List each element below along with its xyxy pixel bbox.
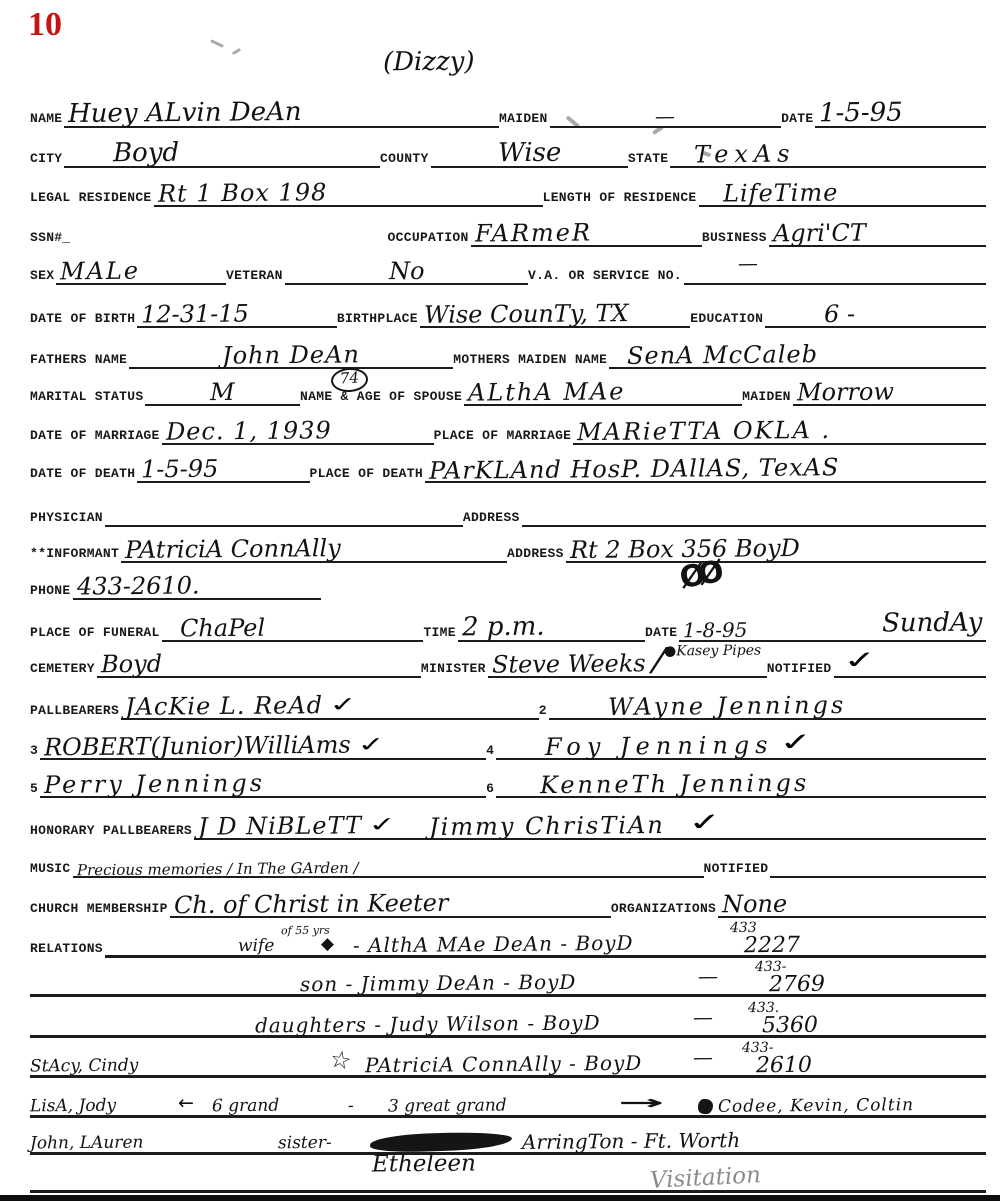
pallbearer-2-number: 2: [539, 703, 549, 720]
phone-field: 433-2610.: [73, 564, 321, 600]
date-of-marriage-label: DATE OF MARRIAGE: [30, 428, 162, 445]
relation-patricia-dash: —: [693, 1048, 713, 1067]
legal-residence-label: LEGAL RESIDENCE: [30, 190, 154, 207]
ink-blot-diamond: ◆: [321, 934, 334, 954]
place-of-death-value: PArKLAnd HosP. DAllAS, TexAS: [429, 456, 840, 482]
spouse-maiden-value: Morrow: [797, 381, 894, 405]
minister-label: MINISTER: [421, 661, 488, 678]
ink-blot: [698, 1099, 714, 1115]
music-label: MUSIC: [30, 861, 73, 878]
relation-greatgrand-count: 3 great grand: [388, 1097, 507, 1114]
music-field: Precious memories / In The GArden /: [73, 842, 704, 878]
service-no-value: —: [738, 254, 758, 273]
sex-field: MALe: [56, 249, 226, 285]
pallbearer-1-value: JAcKie L. ReAd: [125, 694, 323, 719]
cemetery-row: CEMETERY Boyd MINISTER Steve Weeks / NOT…: [30, 644, 986, 678]
date-value: 1-5-95: [819, 101, 903, 126]
pallbearers-row-1: PALLBEARERS JAcKie L. ReAd ✓ 2 WAyne Jen…: [30, 686, 986, 720]
star-mark: ☆: [328, 1044, 354, 1075]
legal-residence-row: LEGAL RESIDENCE Rt 1 Box 198 LENGTH OF R…: [30, 173, 986, 207]
church-membership-value: Ch. of Christ in Keeter: [174, 892, 449, 917]
relation-patricia-phone: 433- 2610: [742, 1056, 812, 1077]
relation-grand-sep: -: [348, 1098, 354, 1114]
cemetery-value: Boyd: [101, 653, 162, 676]
length-of-residence-field: LifeTime: [699, 171, 986, 207]
ink-smudge: [210, 39, 224, 48]
marital-status-label: MARITAL STATUS: [30, 389, 145, 406]
pallbearer-6-number: 6: [486, 781, 496, 798]
pallbearer-6-value: KenneTh Jennings: [540, 772, 809, 797]
organizations-label: ORGANIZATIONS: [611, 901, 718, 918]
physician-field: [105, 491, 463, 527]
honorary-2-check: ✓: [686, 807, 724, 837]
music-row: MUSIC Precious memories / In The GArden …: [30, 844, 986, 878]
pallbearer-3-value: ROBERT(Junior)WilliAms: [44, 734, 351, 759]
ink-smudge: [232, 48, 241, 55]
funeral-time-field: 2 p.m.: [458, 606, 645, 642]
cemetery-label: CEMETERY: [30, 661, 97, 678]
relation-daughter-text: daughters - Judy Wilson - BoyD: [255, 1013, 601, 1035]
spouse-maiden-field: Morrow: [793, 370, 986, 406]
informant-value: PAtriciA ConnAlly: [125, 537, 341, 562]
state-value: TexAs: [694, 143, 796, 167]
marital-status-value: M: [210, 381, 235, 404]
veteran-field: No: [285, 249, 528, 285]
legal-residence-field: Rt 1 Box 198: [154, 171, 543, 207]
date-of-birth-value: 12-31-15: [141, 303, 249, 327]
service-no-field: —: [684, 249, 986, 285]
date-of-marriage-value: Dec. 1, 1939: [166, 419, 332, 443]
county-value: Wise: [497, 141, 561, 166]
county-label: COUNTY: [380, 151, 431, 168]
death-row: DATE OF DEATH 1-5-95 PLACE OF DEATH PArK…: [30, 449, 986, 483]
maiden-field: —: [550, 92, 781, 128]
state-label: STATE: [628, 151, 671, 168]
scanned-funeral-record: 10 (Dizzy) NAME Huey ALvin DeAn MAIDEN —…: [0, 0, 1000, 1201]
honorary-1-value: J D NiBLeTT: [198, 814, 362, 838]
occupation-label: OCCUPATION: [388, 230, 471, 247]
length-of-residence-value: LifeTime: [722, 182, 838, 206]
marital-status-field: M: [145, 370, 300, 406]
physician-address-label: ADDRESS: [463, 510, 522, 527]
pallbearer-2-value: WAyne Jennings: [608, 694, 846, 719]
pallbearer-2-field: WAyne Jennings: [549, 684, 986, 720]
informant-address-value: Rt 2 Box 356 BoyD: [570, 537, 800, 562]
pallbearer-3-number: 3: [30, 743, 40, 760]
informant-address-field: Rt 2 Box 356 BoyD: [566, 527, 986, 563]
relation-wife-text: - AlthA MAe DeAn - BoyD: [353, 934, 634, 955]
veteran-value: No: [389, 260, 425, 283]
pallbearer-1-check: ✓: [328, 691, 360, 716]
relations-daughter-field: daughters - Judy Wilson - BoyD — 433. 53…: [30, 1001, 986, 1038]
relations-sister-field: John, LAuren sister- ArringTon - Ft. Wor…: [30, 1118, 986, 1155]
phone-row: PHONE 433-2610.: [30, 566, 986, 600]
phone-value: 433-2610.: [76, 575, 199, 599]
nickname-annotation: (Dizzy): [383, 50, 475, 75]
cemetery-field: Boyd: [97, 642, 421, 678]
mothers-maiden-name-field: SenA McCaleb: [609, 333, 986, 369]
county-field: Wise: [431, 132, 628, 168]
date-of-marriage-field: Dec. 1, 1939: [162, 409, 434, 445]
maiden-value: —: [655, 107, 675, 126]
relation-grandkids-left: StAcy, Cindy: [30, 1057, 138, 1074]
organizations-field: None: [718, 882, 986, 918]
relations-row-patricia: StAcy, Cindy ☆ PAtriciA ConnAlly - BoyD …: [30, 1044, 986, 1078]
relations-row-sister: John, LAuren sister- ArringTon - Ft. Wor…: [30, 1121, 986, 1155]
birthplace-field: Wise CounTy, TX: [420, 292, 690, 328]
state-field: TexAs: [670, 132, 986, 168]
pallbearer-1-field: JAcKie L. ReAd ✓: [121, 684, 539, 720]
pallbearer-5-number: 5: [30, 781, 40, 798]
funeral-row: PLACE OF FUNERAL ChaPel TIME 2 p.m. DATE…: [30, 608, 986, 642]
relation-daughter-phone-number: 5360: [762, 1016, 818, 1037]
pallbearer-4-number: 4: [486, 743, 496, 760]
occupation-field: FARmeR: [471, 211, 702, 247]
pallbearer-4-value: Foy Jennings: [545, 734, 774, 759]
relation-son-dash: —: [698, 967, 718, 986]
relation-sister-prefix: sister-: [278, 1135, 332, 1152]
date-of-birth-label: DATE OF BIRTH: [30, 311, 137, 328]
city-field: Boyd: [64, 132, 380, 168]
honorary-1-check: ✓: [366, 811, 398, 836]
veteran-label: VETERAN: [226, 268, 285, 285]
maiden-label: MAIDEN: [499, 111, 550, 128]
fathers-name-field: John DeAn: [129, 333, 453, 369]
informant-address-label: ADDRESS: [507, 546, 566, 563]
funeral-day-value: SundAy: [882, 611, 983, 637]
relation-daughter-dash: —: [693, 1008, 713, 1027]
business-field: Agri'CT: [769, 211, 986, 247]
relations-patricia-field: StAcy, Cindy ☆ PAtriciA ConnAlly - BoyD …: [30, 1041, 986, 1078]
date-of-death-label: DATE OF DEATH: [30, 466, 137, 483]
music-notified-label: NOTIFIED: [704, 861, 771, 878]
pallbearer-4-field: Foy Jennings ✓: [496, 724, 986, 760]
occupation-value: FARmeR: [474, 222, 591, 246]
pallbearer-3-check: ✓: [355, 731, 387, 756]
place-of-marriage-label: PLACE OF MARRIAGE: [434, 428, 574, 445]
physician-address-field: [522, 491, 986, 527]
informant-row: **INFORMANT PAtriciA ConnAlly ADDRESS Rt…: [30, 529, 986, 563]
place-of-funeral-field: ChaPel: [162, 606, 424, 642]
funeral-time-value: 2 p.m.: [462, 615, 545, 640]
spouse-label: NAME & AGE OF SPOUSE: [300, 389, 464, 406]
legal-residence-value: Rt 1 Box 198: [157, 181, 327, 205]
funeral-date-field: 1-8-95 SundAy: [679, 606, 986, 642]
date-field: 1-5-95: [815, 92, 986, 128]
name-row: NAME Huey ALvin DeAn MAIDEN — DATE 1-5-9…: [30, 94, 986, 128]
funeral-date-value: 1-8-95: [683, 621, 748, 641]
church-row: CHURCH MEMBERSHIP Ch. of Christ in Keete…: [30, 884, 986, 918]
mothers-maiden-name-label: MOTHERS MAIDEN NAME: [453, 352, 609, 369]
city-value: Boyd: [113, 141, 179, 166]
birthplace-value: Wise CounTy, TX: [424, 302, 629, 327]
minister-field: Steve Weeks /: [488, 642, 767, 678]
city-label: CITY: [30, 151, 64, 168]
relation-patricia-phone-number: 2610: [756, 1056, 812, 1077]
scan-edge-bar: [0, 1195, 1000, 1201]
honorary-pallbearers-row: HONORARY PALLBEARERS J D NiBLeTT ✓ Jimmy…: [30, 806, 986, 840]
scribble-mark: ØØ: [678, 559, 719, 593]
marital-row: MARITAL STATUS M NAME & AGE OF SPOUSE AL…: [30, 372, 986, 406]
notified-label: NOTIFIED: [767, 661, 834, 678]
arrow-left-icon: ←: [178, 1092, 194, 1114]
birthplace-label: BIRTHPLACE: [337, 311, 420, 328]
relation-son-phone: 433- 2769: [755, 975, 825, 996]
pallbearers-label: PALLBEARERS: [30, 703, 121, 720]
sex-row: SEX MALe VETERAN No V.A. OR SERVICE NO. …: [30, 251, 986, 285]
notified-field: ✓: [834, 642, 987, 678]
name-field: Huey ALvin DeAn: [64, 92, 499, 128]
pallbearer-3-field: ROBERT(Junior)WilliAms ✓: [40, 724, 486, 760]
fathers-name-value: John DeAn: [222, 344, 360, 368]
spouse-maiden-label: MAIDEN: [742, 389, 793, 406]
bottom-blank-field: [30, 1156, 986, 1193]
relation-grand-count: 6 grand: [212, 1098, 279, 1115]
relation-wife-prefix: wife: [238, 938, 274, 954]
relation-patricia-text: PAtriciA ConnAlly - BoyD: [365, 1054, 642, 1075]
marriage-row: DATE OF MARRIAGE Dec. 1, 1939 PLACE OF M…: [30, 411, 986, 445]
church-membership-label: CHURCH MEMBERSHIP: [30, 901, 170, 918]
relation-son-phone-number: 2769: [769, 975, 825, 996]
relations-grandchildren-field: LisA, Jody ← 6 grand - 3 great grand → C…: [30, 1081, 986, 1118]
music-notified-field: [770, 842, 986, 878]
relation-sister-text: ArringTon - Ft. Worth: [522, 1131, 740, 1152]
pallbearer-5-value: Perry Jennings: [44, 772, 265, 797]
relation-wife-phone-number: 2227: [744, 936, 800, 957]
relations-row-daughter: daughters - Judy Wilson - BoyD — 433. 53…: [30, 1004, 986, 1038]
spouse-field: ALthA MAe: [464, 370, 742, 406]
parents-row: FATHERS NAME John DeAn MOTHERS MAIDEN NA…: [30, 335, 986, 369]
relations-row-son: son - Jimmy DeAn - BoyD — 433- 2769: [30, 963, 986, 997]
informant-label: **INFORMANT: [30, 546, 121, 563]
pallbearer-4-check: ✓: [777, 727, 815, 757]
place-of-marriage-value: MARieTTA OKLA .: [577, 419, 831, 444]
birth-row: DATE OF BIRTH 12-31-15 BIRTHPLACE Wise C…: [30, 294, 986, 328]
sex-value: MALe: [60, 260, 140, 283]
business-value: Agri'CT: [773, 222, 866, 246]
minister-slash: /: [652, 643, 667, 676]
ssn-label: SSN#_: [30, 230, 73, 247]
page-number: 10: [28, 6, 62, 44]
city-row: CITY Boyd COUNTY Wise STATE TexAs: [30, 134, 986, 168]
pallbearers-row-3: 5 Perry Jennings 6 KenneTh Jennings: [30, 764, 986, 798]
church-membership-field: Ch. of Christ in Keeter: [170, 882, 611, 918]
honorary-pallbearers-field: J D NiBLeTT ✓ Jimmy ChrisTiAn ✓: [194, 804, 986, 840]
relations-son-field: son - Jimmy DeAn - BoyD — 433- 2769: [30, 960, 986, 997]
length-of-residence-label: LENGTH OF RESIDENCE: [543, 190, 699, 207]
place-of-funeral-value: ChaPel: [180, 617, 265, 641]
relation-wife-phone: 433 2227: [730, 936, 800, 957]
ssn-row: SSN#_ OCCUPATION FARmeR BUSINESS Agri'CT: [30, 213, 986, 247]
date-label: DATE: [781, 111, 815, 128]
relations-label: RELATIONS: [30, 941, 105, 958]
relations-wife-field: wife of 55 yrs ◆ - AlthA MAe DeAn - BoyD…: [105, 921, 986, 958]
pallbearer-5-field: Perry Jennings: [40, 762, 486, 798]
place-of-death-label: PLACE OF DEATH: [310, 466, 425, 483]
date-of-death-field: 1-5-95: [137, 447, 309, 483]
mothers-maiden-name-value: SenA McCaleb: [627, 343, 818, 367]
place-of-funeral-label: PLACE OF FUNERAL: [30, 625, 162, 642]
notified-checkmark: ✓: [840, 645, 878, 675]
relation-grandkids-left-2: LisA, Jody: [30, 1097, 116, 1114]
honorary-pallbearers-label: HONORARY PALLBEARERS: [30, 823, 194, 840]
minister-value: Steve Weeks: [492, 653, 646, 677]
service-no-label: V.A. OR SERVICE NO.: [528, 268, 684, 285]
ssn-field: [73, 213, 388, 247]
arrow-right-icon: →: [618, 1092, 664, 1114]
relation-daughter-phone: 433. 5360: [748, 1016, 818, 1037]
relations-row-wife: RELATIONS wife of 55 yrs ◆ - AlthA MAe D…: [30, 924, 986, 958]
relations-row-grandchildren: LisA, Jody ← 6 grand - 3 great grand → C…: [30, 1084, 986, 1118]
informant-field: PAtriciA ConnAlly: [121, 527, 507, 563]
music-value: Precious memories / In The GArden /: [76, 861, 358, 878]
bottom-blank-line: [30, 1159, 986, 1193]
phone-label: PHONE: [30, 583, 73, 600]
education-label: EDUCATION: [690, 311, 765, 328]
spouse-value: ALthA MAe: [468, 381, 626, 405]
relation-greatgrand-names: Codee, Kevin, Coltin: [718, 1097, 914, 1115]
business-label: BUSINESS: [702, 230, 769, 247]
physician-label: PHYSICIAN: [30, 510, 105, 527]
fathers-name-label: FATHERS NAME: [30, 352, 129, 369]
pallbearers-row-2: 3 ROBERT(Junior)WilliAms ✓ 4 Foy Jenning…: [30, 726, 986, 760]
sex-label: SEX: [30, 268, 56, 285]
physician-row: PHYSICIAN ADDRESS: [30, 493, 986, 527]
funeral-time-label: TIME: [423, 625, 457, 642]
name-value: Huey ALvin DeAn: [68, 100, 302, 127]
place-of-death-field: PArKLAnd HosP. DAllAS, TexAS: [425, 447, 986, 483]
honorary-2-value: Jimmy ChrisTiAn: [429, 814, 665, 839]
organizations-value: None: [722, 893, 787, 916]
relation-son-text: son - Jimmy DeAn - BoyD: [300, 973, 577, 994]
name-label: NAME: [30, 111, 64, 128]
place-of-marriage-field: MARieTTA OKLA .: [573, 409, 986, 445]
pallbearer-6-field: KenneTh Jennings: [496, 762, 986, 798]
education-value: 6 -: [824, 303, 855, 326]
date-of-death-value: 1-5-95: [141, 458, 218, 481]
education-field: 6 -: [765, 292, 986, 328]
relation-grandkids-left-3: John, LAuren: [30, 1134, 144, 1151]
date-of-birth-field: 12-31-15: [137, 292, 337, 328]
